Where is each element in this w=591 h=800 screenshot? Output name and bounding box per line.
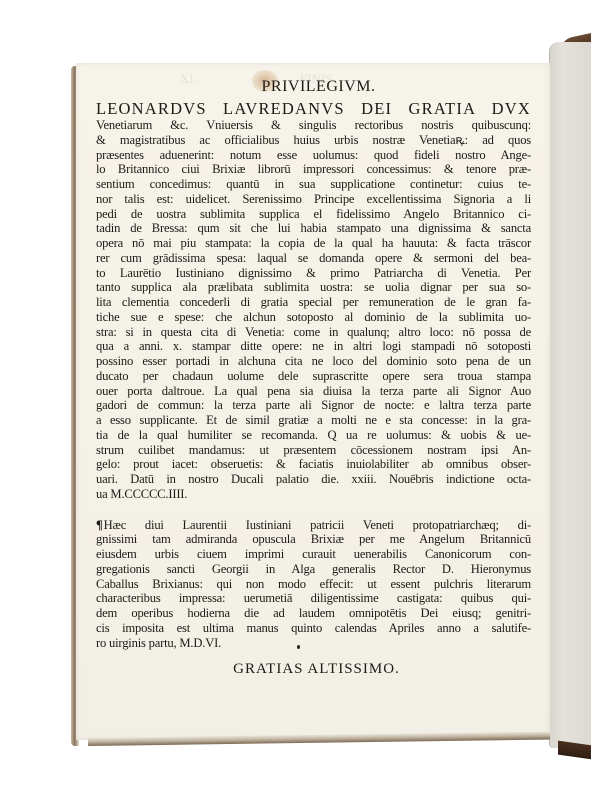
text-line: gadori de commun: la terza parte ali Sig… — [96, 398, 531, 413]
text-line: stra: si in questa cita di Venetia: come… — [96, 325, 531, 340]
text-line-first: ¶Hæc diui Laurentii Iustiniani patricii … — [96, 518, 531, 533]
text-line: præsentes aduenerint: notum esse uolumus… — [96, 148, 531, 163]
text-line: gelo: prout iacet: obseruetis: & faciati… — [96, 457, 531, 472]
text-line: opera nō mai piu stampata: la copia de l… — [96, 236, 531, 251]
text-line: to Laurētio Iustiniano dignissimo & prim… — [96, 266, 531, 281]
text-line: Venetiarum &c. Vniuersis & singulis rect… — [96, 118, 531, 133]
closing-line: GRATIAS ALTISSIMO. — [96, 660, 531, 678]
ink-dot — [297, 645, 300, 649]
pilcrow-icon: ¶ — [96, 518, 103, 532]
text-line: pedi de uostra sublimita supplica el fid… — [96, 207, 531, 222]
privilege-paragraph: Venetiarum &c. Vniuersis & singulis rect… — [96, 118, 531, 502]
text-line: gnissimi tam admiranda opuscula Brixiæ p… — [96, 532, 531, 547]
text-line: & magistratibus ac officialibus huius ur… — [96, 133, 531, 148]
text-line-date: ro uirginis partu, M.D.VI. — [96, 636, 531, 651]
doge-title-line: LEONARDVS LAVREDANVS DEI GRATIA DVX — [96, 100, 531, 118]
colophon-paragraph: ¶Hæc diui Laurentii Iustiniani patricii … — [96, 518, 531, 651]
photo-scene: XI. FINIS. PRIVILEGIVM. LEONARDVS LAVRED… — [0, 0, 591, 800]
text-line: dem operibus hodierna die ad laudem omni… — [96, 606, 531, 621]
text-line-date: ua M.CCCCC.IIII. — [96, 487, 531, 502]
text-line: possino esser portadi in alchuna cita ne… — [96, 354, 531, 369]
text-line: a esso supplicante. Et de simil gratiæ a… — [96, 413, 531, 428]
text-line: sentium concedimus: quantū in sua suppli… — [96, 177, 531, 192]
text-line: gregationis sancti Georgii in Alga gener… — [96, 562, 531, 577]
text-line: characteribus impressa: uerumetiā dilige… — [96, 591, 531, 606]
text-line: lita clementia concederli di gratia spec… — [96, 295, 531, 310]
text-line: Caballus Brixianus: qui non modo effecit… — [96, 577, 531, 592]
text-line: tadin de Bressa: qum sit che lui habia s… — [96, 221, 531, 236]
text-line: nor talis est: uidelicet. Serenissimo Pr… — [96, 192, 531, 207]
text-line: qua a anni. x. stampar ditte opere: ne i… — [96, 339, 531, 354]
paragraph-gap — [96, 502, 531, 518]
text-line: tia de la qual humiliter se recomanda. Q… — [96, 428, 531, 443]
text-line: strum cuilibet mandamus: ut præsentem cō… — [96, 443, 531, 458]
text-line: uari. Datū in nostro Ducali palatio die.… — [96, 472, 531, 487]
text-line: tiche sue e spese: che alchun sotoposto … — [96, 310, 531, 325]
text-line: tanto supplica ala prælibata sublimita u… — [96, 280, 531, 295]
text-line-content: Hæc diui Laurentii Iustiniani patricii V… — [104, 518, 531, 532]
text-line: ducato per chadaun uolume dele suprascri… — [96, 369, 531, 384]
text-line: lo Britannico ciui Brixiæ librorū impres… — [96, 162, 531, 177]
following-leaves — [549, 42, 591, 748]
text-line: eiusdem urbis ciuem imprimi curauit uene… — [96, 547, 531, 562]
text-line: cis imposita est ultima manus quinto cal… — [96, 621, 531, 636]
text-line: rer cum grādissima spesa: laqual se doma… — [96, 251, 531, 266]
text-line: ouer porta daltroue. La qual pena sia di… — [96, 384, 531, 399]
page-text: PRIVILEGIVM. LEONARDVS LAVREDANVS DEI GR… — [96, 78, 531, 678]
privilege-heading: PRIVILEGIVM. — [96, 78, 531, 96]
